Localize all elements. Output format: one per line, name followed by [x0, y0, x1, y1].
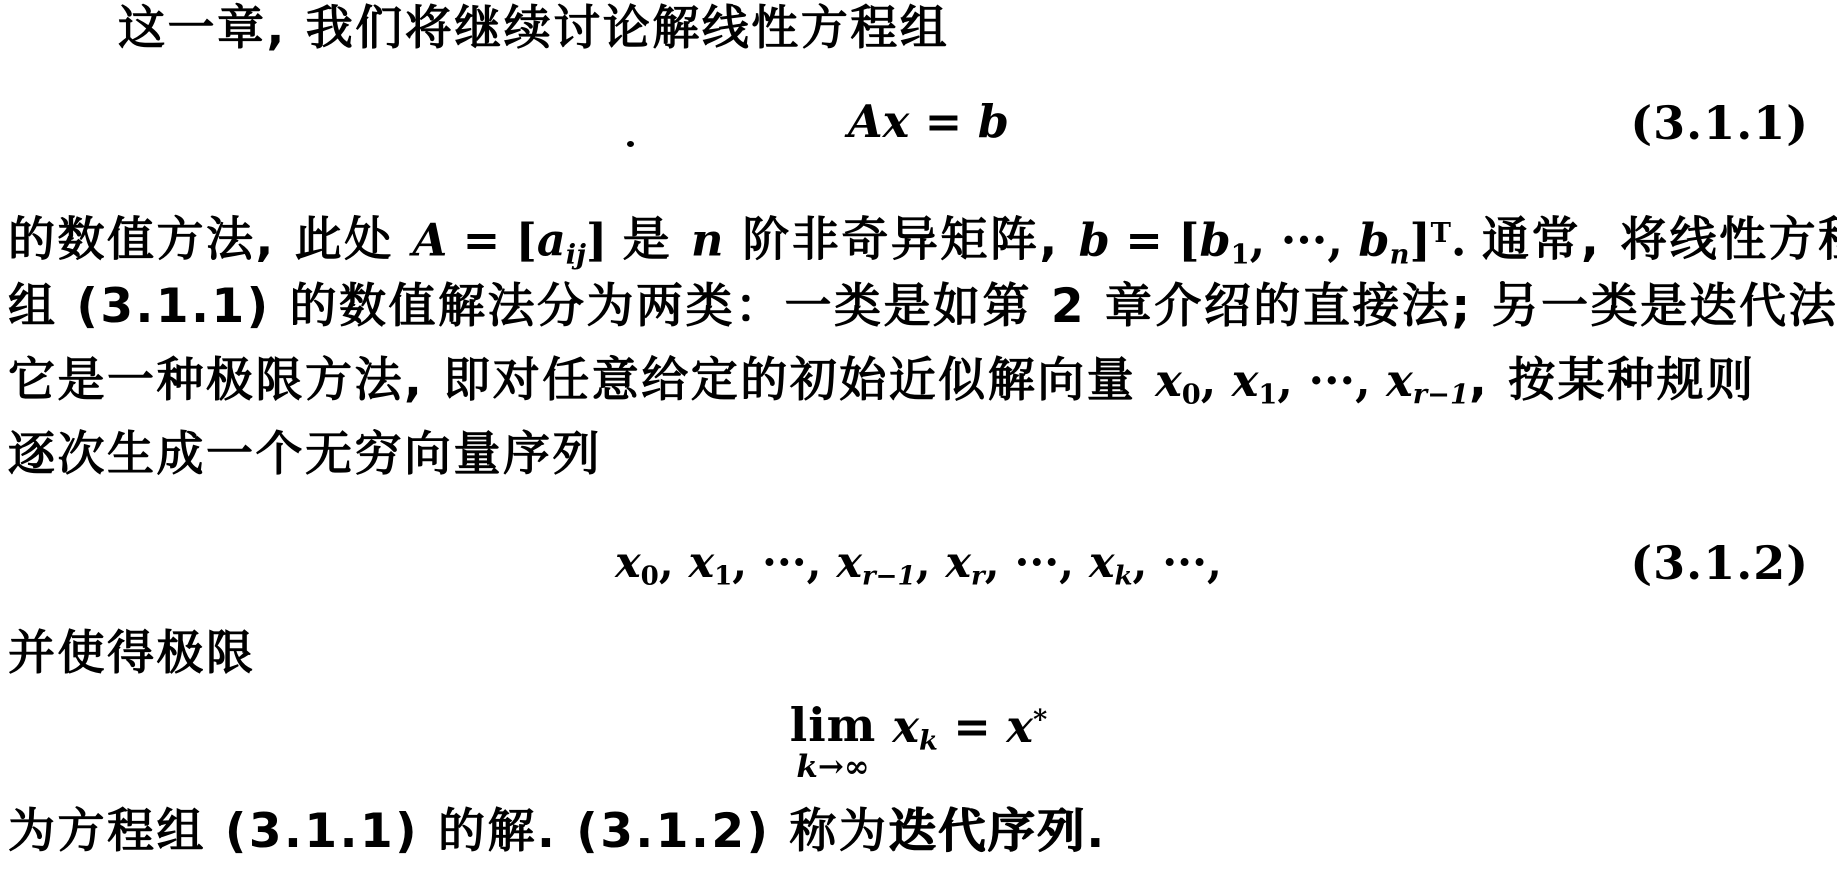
equation-3-1-2: x0, x1, ···, xr−1, xr, ···, xk, ···,	[615, 535, 1222, 588]
paragraph-main: 的数值方法, 此处 A = [aij] 是 n 阶非奇异矩阵, b = [b1,…	[8, 196, 1835, 492]
paragraph-main-line-3: 它是一种极限方法, 即对任意给定的初始近似解向量 x0, x1, ···, xr…	[8, 344, 1835, 418]
equation-tag-3-1-1: (3.1.1)	[1630, 100, 1809, 146]
paragraph-closing: 为方程组 (3.1.1) 的解. (3.1.2) 称为迭代序列.	[8, 808, 1107, 855]
paragraph-intro: 这一章, 我们将继续讨论解线性方程组	[118, 5, 949, 52]
equation-limit: lim k→∞ xk = x*	[790, 702, 1048, 787]
paragraph-main-line-1: 的数值方法, 此处 A = [aij] 是 n 阶非奇异矩阵, b = [b1,…	[8, 196, 1835, 270]
equation-limit-row: lim k→∞ xk = x*	[0, 702, 1837, 788]
equation-3-1-1: Ax = b	[848, 94, 1009, 149]
equation-tag-3-1-2: (3.1.2)	[1630, 540, 1809, 586]
equation-3-1-1-row: Ax = b (3.1.1)	[0, 98, 1837, 162]
limit-subscript: k→∞	[796, 748, 869, 787]
paragraph-main-line-2: 组 (3.1.1) 的数值解法分为两类：一类是如第 2 章介绍的直接法; 另一类…	[8, 270, 1835, 344]
limit-equation-body: xk = x*	[892, 703, 1047, 755]
limit-word: lim	[790, 702, 877, 748]
equation-3-1-2-row: x0, x1, ···, xr−1, xr, ···, xk, ···, (3.…	[0, 538, 1837, 602]
limit-operator: lim k→∞	[790, 702, 877, 787]
scan-speck	[1500, 281, 1505, 285]
paragraph-main-line-4: 逐次生成一个无穷向量序列	[8, 418, 1835, 492]
scan-speck	[627, 141, 634, 147]
paragraph-limit-intro: 并使得极限	[8, 630, 256, 677]
document-page: 这一章, 我们将继续讨论解线性方程组 Ax = b (3.1.1) 的数值方法,…	[0, 0, 1837, 872]
